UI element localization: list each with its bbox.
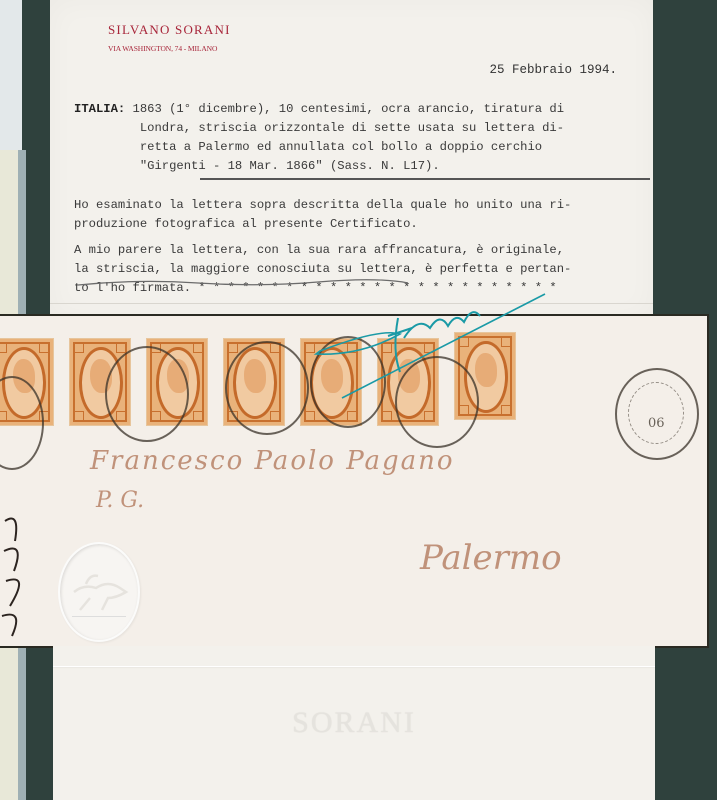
address-recipient: Francesco Paolo Pagano — [90, 446, 455, 476]
postmark — [225, 341, 309, 435]
examination-paragraph: Ho esaminato la lettera sopra descritta … — [74, 196, 571, 234]
address-line-2: P. G. — [96, 488, 144, 513]
postmark-inner-ring — [628, 382, 684, 444]
certificate-lower-sheet: SORANI — [53, 646, 655, 800]
certificate-sheet: SILVANO SORANI VIA WASHINGTON, 74 - MILA… — [50, 0, 653, 320]
description-underline — [200, 178, 650, 180]
embossed-seal — [58, 542, 140, 642]
margin-handwriting — [0, 511, 50, 641]
sorani-watermark: SORANI — [53, 706, 655, 740]
description-paragraph: ITALIA: 1863 (1° dicembre), 10 centesimi… — [74, 100, 564, 176]
address-city: Palermo — [420, 538, 562, 578]
cover-letter: 06 Francesco Paolo Pagano P. G. Palermo — [0, 314, 709, 648]
issuer-name: SILVANO SORANI — [108, 22, 231, 38]
postmark — [105, 346, 189, 442]
horse-rider-emblem-icon — [60, 544, 138, 640]
country-label: ITALIA: — [74, 102, 125, 116]
postmark-year: 06 — [648, 416, 665, 431]
issuer-address: VIA WASHINGTON, 74 - MILANO — [108, 44, 217, 53]
expert-signature — [300, 276, 550, 406]
certificate-date: 25 Febbraio 1994. — [489, 63, 617, 77]
